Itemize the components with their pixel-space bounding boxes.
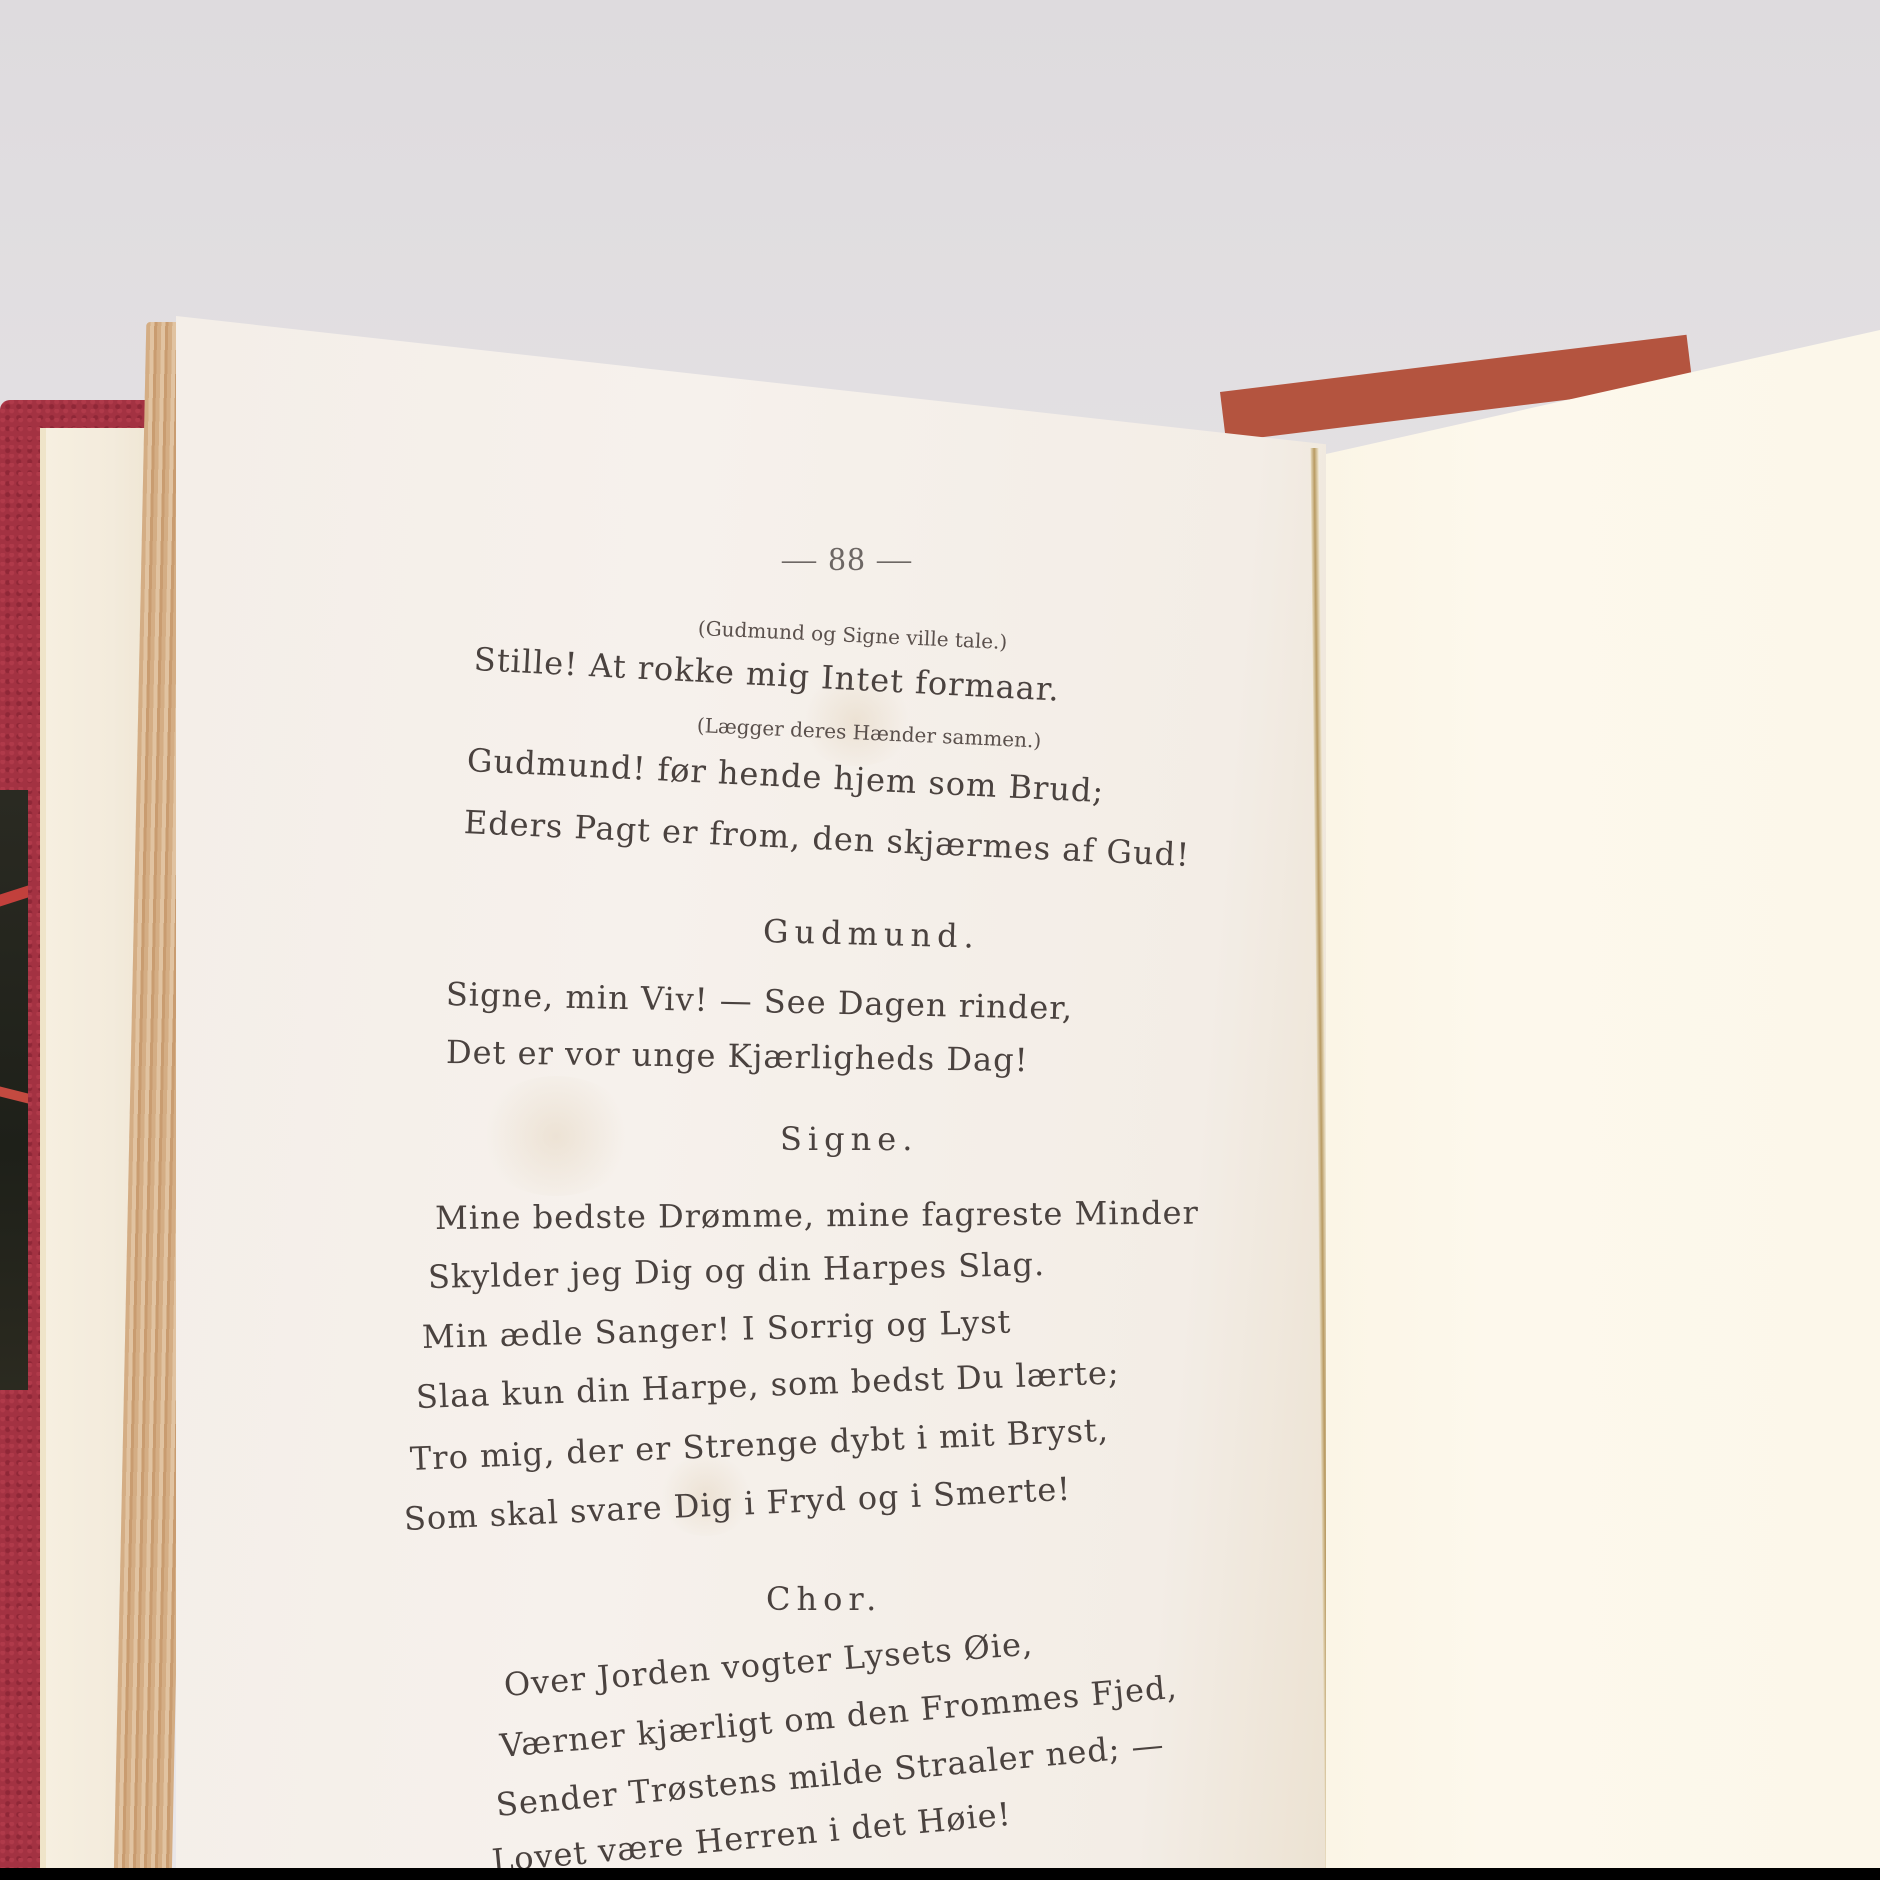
book-photo-scene: — 88 — (Gudmund og Signe ville tale.) St… — [0, 0, 1880, 1880]
speaker-heading: Chor. — [766, 1580, 882, 1618]
left-page — [176, 316, 1326, 1880]
verse-line: Mine bedste Drømme, mine fagreste Minder — [435, 1194, 1199, 1237]
page-number: — 88 — — [782, 541, 913, 579]
verse-line: Det er vor unge Kjærligheds Dag! — [446, 1033, 1029, 1079]
right-page-blank — [1326, 330, 1880, 1880]
foxing-stain — [476, 1076, 636, 1196]
speaker-heading: Signe. — [780, 1120, 918, 1158]
speaker-heading: Gudmund. — [763, 912, 981, 956]
bottom-black-bar — [0, 1868, 1880, 1880]
cover-decoration — [0, 790, 28, 1390]
